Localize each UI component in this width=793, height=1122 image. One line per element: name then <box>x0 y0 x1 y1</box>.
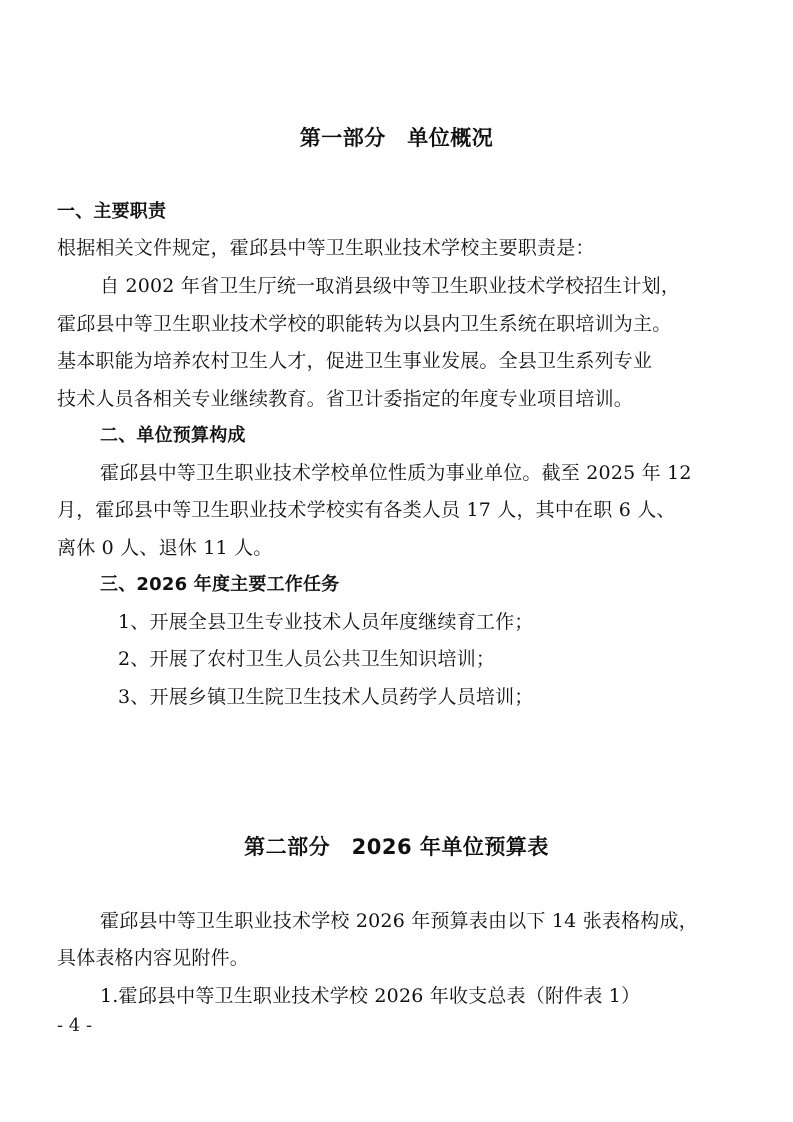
document-page: 第一部分 单位概况 一、主要职责 根据相关文件规定，霍邱县中等卫生职业技术学校主… <box>0 0 793 1122</box>
page-number: - 4 - <box>57 1015 92 1036</box>
section1-line-1: 自 2002 年省卫生厅统一取消县级中等卫生职业技术学校招生计划， <box>100 273 680 299</box>
section2-line-1: 霍邱县中等卫生职业技术学校单位性质为事业单位。截至 2025 年 12 <box>100 460 692 486</box>
part2-title: 第二部分 2026 年单位预算表 <box>0 831 793 861</box>
task-item-2: 2、开展了农村卫生人员公共卫生知识培训； <box>118 646 495 672</box>
section2-line-3: 离休 0 人、退休 11 人。 <box>57 535 272 561</box>
part1-title: 第一部分 单位概况 <box>0 122 793 152</box>
part2-line-1: 霍邱县中等卫生职业技术学校 2026 年预算表由以下 14 张表格构成， <box>100 908 698 934</box>
section1-heading: 一、主要职责 <box>57 199 166 225</box>
section1-intro: 根据相关文件规定，霍邱县中等卫生职业技术学校主要职责是： <box>57 235 595 261</box>
section3-heading: 三、2026 年度主要工作任务 <box>100 572 339 598</box>
part2-line-2: 具体表格内容见附件。 <box>57 945 249 971</box>
task-item-1: 1、开展全县卫生专业技术人员年度继续育工作； <box>118 609 534 635</box>
section2-line-2: 月，霍邱县中等卫生职业技术学校实有各类人员 17 人，其中在职 6 人、 <box>57 497 676 523</box>
section2-heading: 二、单位预算构成 <box>100 423 246 449</box>
section1-line-4: 技术人员各相关专业继续教育。省卫计委指定的年度专业项目培训。 <box>57 386 633 412</box>
section1-line-3: 基本职能为培养农村卫生人才，促进卫生事业发展。全县卫生系列专业 <box>57 348 652 374</box>
section1-line-2: 霍邱县中等卫生职业技术学校的职能转为以县内卫生系统在职培训为主。 <box>57 311 671 337</box>
task-item-3: 3、开展乡镇卫生院卫生技术人员药学人员培训； <box>118 684 534 710</box>
part2-line-3: 1.霍邱县中等卫生职业技术学校 2026 年收支总表（附件表 1） <box>100 983 640 1009</box>
